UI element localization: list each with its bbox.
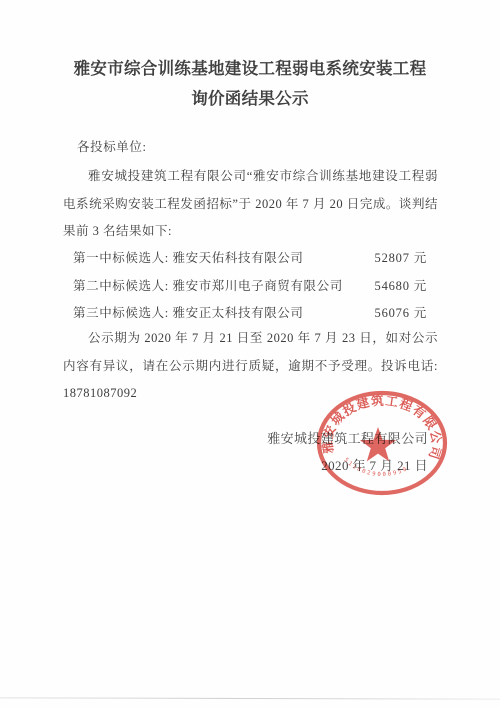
document-title: 雅安市综合训练基地建设工程弱电系统安装工程 询价函结果公示: [0, 54, 500, 114]
scanned-document-page: 雅安市综合训练基地建设工程弱电系统安装工程 询价函结果公示 各投标单位: 雅安城…: [0, 0, 500, 707]
winner-price: 54680 元: [375, 273, 427, 301]
winner-row: 第一中标候选人: 雅安天佑科技有限公司 52807 元: [63, 245, 427, 273]
winner-label: 第三中标候选人: 雅安正太科技有限公司: [73, 300, 304, 328]
winner-row: 第二中标候选人: 雅安市郑川电子商贸有限公司 54680 元: [63, 273, 427, 301]
company-seal: 雅安城投建筑工程有限公司 5118029000950: [311, 384, 453, 502]
winner-list: 第一中标候选人: 雅安天佑科技有限公司 52807 元 第二中标候选人: 雅安市…: [63, 245, 427, 328]
winner-row: 第三中标候选人: 雅安正太科技有限公司 56076 元: [63, 300, 427, 328]
paragraph-intro: 雅安城投建筑工程有限公司“雅安市综合训练基地建设工程弱电系统采购安装工程发函招标…: [63, 163, 438, 246]
star-icon: [360, 427, 396, 461]
winner-label: 第二中标候选人: 雅安市郑川电子商贸有限公司: [73, 273, 343, 301]
seal-serial-number: 5118029000950: [343, 457, 410, 478]
winner-price: 52807 元: [375, 245, 427, 273]
document-title-line1: 雅安市综合训练基地建设工程弱电系统安装工程: [0, 54, 500, 84]
scan-edge-artifact: [0, 697, 500, 699]
salutation: 各投标单位:: [77, 137, 147, 155]
winner-label: 第一中标候选人: 雅安天佑科技有限公司: [73, 245, 304, 273]
winner-price: 56076 元: [375, 300, 427, 328]
document-title-line2: 询价函结果公示: [0, 84, 500, 114]
